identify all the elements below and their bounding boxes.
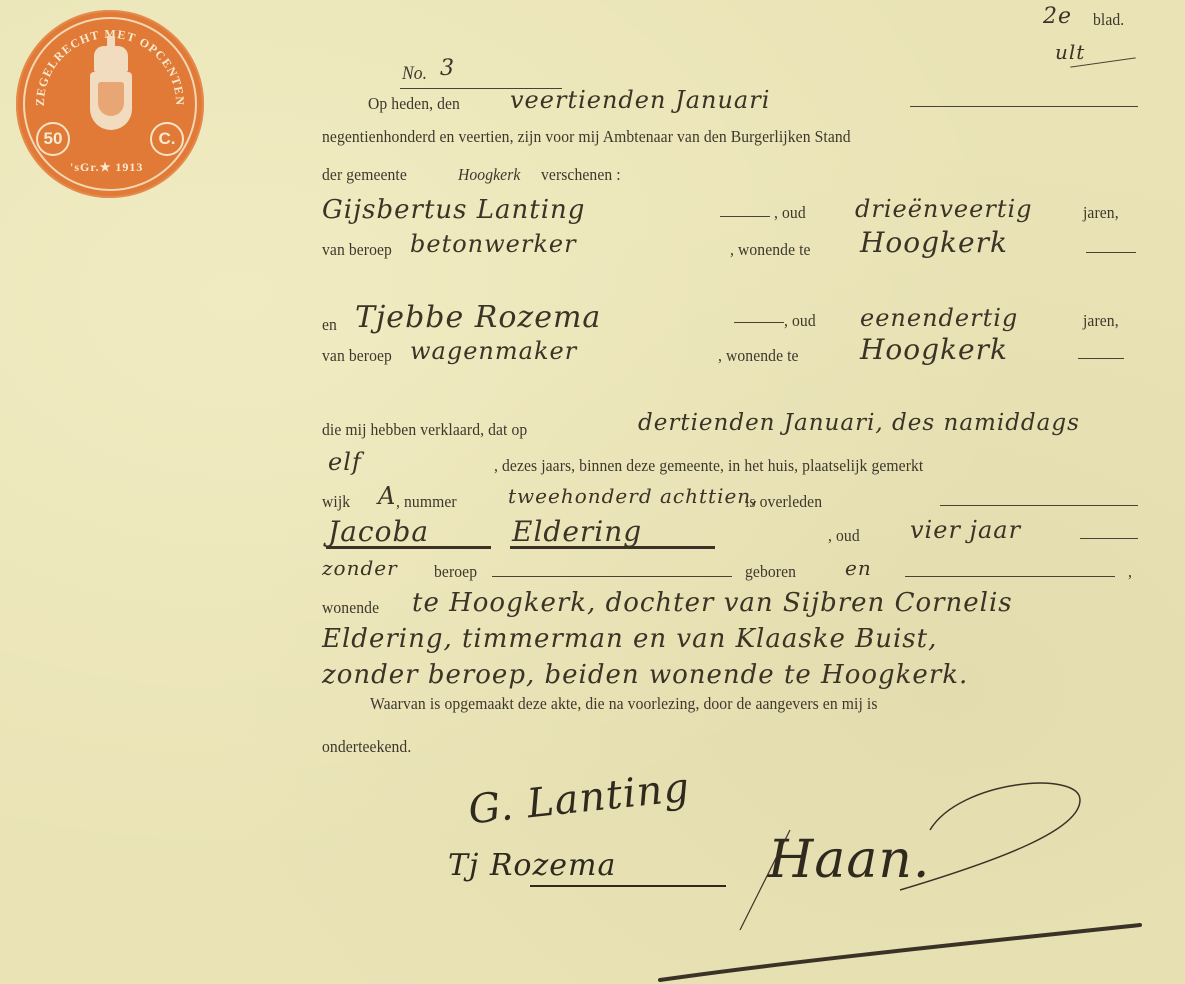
signature-flourishes <box>0 0 1185 984</box>
